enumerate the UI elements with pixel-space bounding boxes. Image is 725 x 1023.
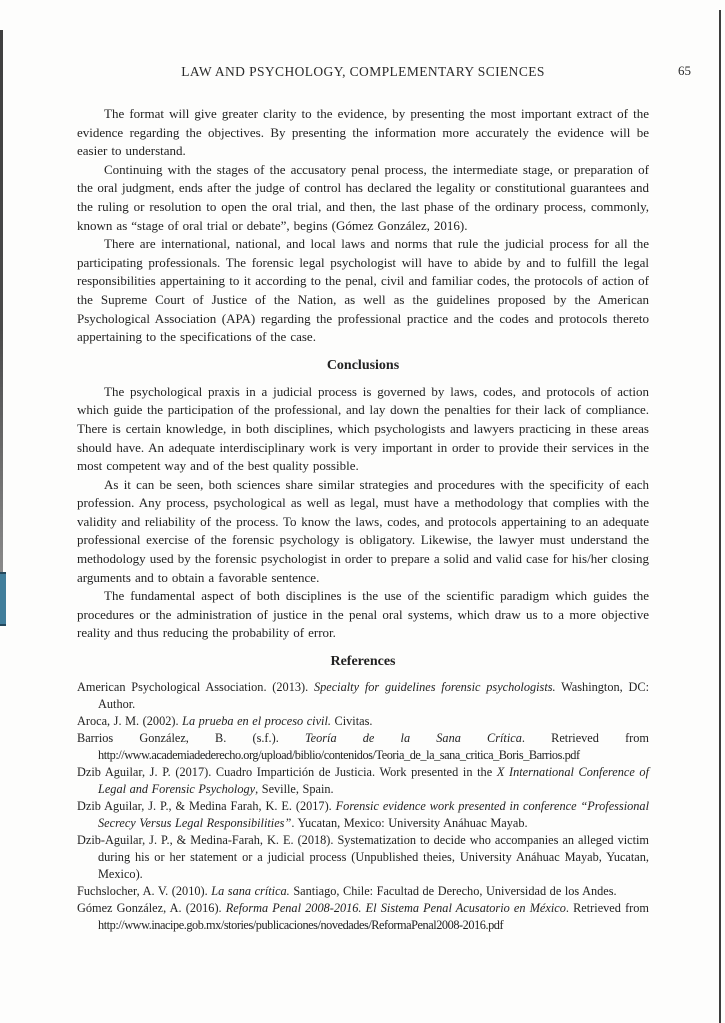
- references-heading: References: [77, 652, 649, 671]
- running-title: LAW AND PSYCHOLOGY, COMPLEMENTARY SCIENC…: [77, 63, 649, 80]
- conclusions-paragraph-3: The fundamental aspect of both disciplin…: [77, 587, 649, 643]
- reference-entry: Barrios González, B. (s.f.). Teoría de l…: [77, 730, 649, 764]
- reference-entry: Gómez González, A. (2016). Reforma Penal…: [77, 900, 649, 934]
- conclusions-paragraph-2: As it can be seen, both sciences share s…: [77, 476, 649, 588]
- body-paragraph-1: The format will give greater clarity to …: [77, 105, 649, 161]
- body-paragraph-3: There are international, national, and l…: [77, 235, 649, 347]
- conclusions-paragraph-1: The psychological praxis in a judicial p…: [77, 383, 649, 476]
- conclusions-heading: Conclusions: [77, 356, 649, 375]
- reference-entry: Dzib-Aguilar, J. P., & Medina-Farah, K. …: [77, 832, 649, 883]
- page-content: LAW AND PSYCHOLOGY, COMPLEMENTARY SCIENC…: [77, 63, 649, 934]
- scan-bookmark-strip: [0, 572, 6, 626]
- scanned-page: { "header": { "running_title": "LAW AND …: [0, 0, 725, 1023]
- reference-entry: Dzib Aguilar, J. P. (2017). Cuadro Impar…: [77, 764, 649, 798]
- reference-entry: American Psychological Association. (201…: [77, 679, 649, 713]
- references-list: American Psychological Association. (201…: [77, 679, 649, 934]
- reference-entry: Fuchslocher, A. V. (2010). La sana críti…: [77, 883, 649, 900]
- scan-edge-line-left: [0, 30, 3, 573]
- page-number: 65: [678, 63, 691, 79]
- reference-entry: Aroca, J. M. (2002). La prueba en el pro…: [77, 713, 649, 730]
- reference-entry: Dzib Aguilar, J. P., & Medina Farah, K. …: [77, 798, 649, 832]
- body-paragraph-2: Continuing with the stages of the accusa…: [77, 161, 649, 235]
- scan-edge-line-right: [719, 10, 721, 1023]
